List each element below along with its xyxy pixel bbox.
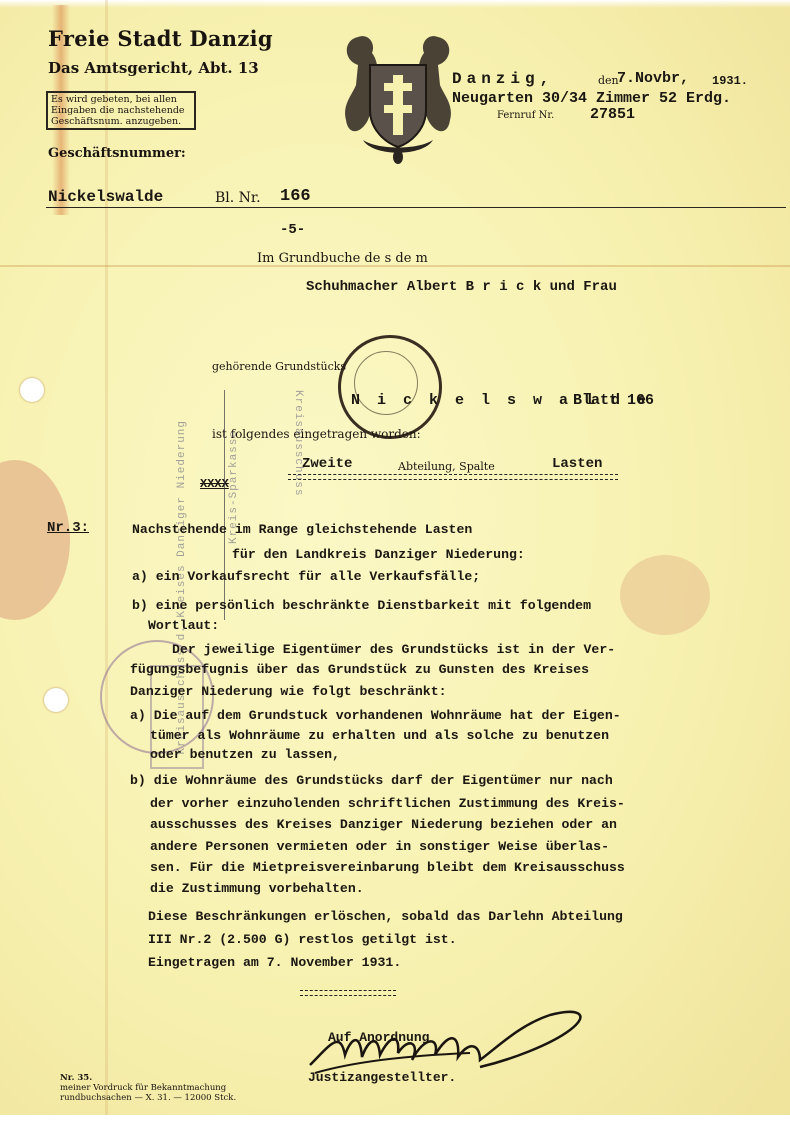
header-date: 7.Novbr, [617, 70, 689, 87]
case-place: Nickelswalde [48, 188, 163, 206]
item-line: Wortlaut: [148, 619, 219, 632]
item-line: Nachstehende im Range gleichstehende Las… [132, 523, 472, 536]
case-sheet-label: Bl. Nr. [215, 190, 261, 206]
belonging-label: gehörende Grundstücks [212, 360, 346, 373]
form-footer-line: rundbuchsachen — X. 31. — 12000 Stck. [60, 1093, 236, 1103]
item-line: III Nr.2 (2.500 G) restlos getilgt ist. [148, 933, 457, 946]
section-name: Zweite [302, 456, 352, 472]
item-line: b) eine persönlich beschränkte Dienstbar… [132, 599, 591, 612]
form-number: Nr. 35. [60, 1073, 236, 1083]
item-number: Nr.3: [47, 520, 89, 536]
phone-label: Fernruf Nr. [497, 110, 554, 121]
item-line: der vorher einzuholenden schriftlichen Z… [150, 797, 625, 810]
owner-name: Schuhmacher Albert B r i c k und Frau [306, 279, 617, 295]
form-footer-line: meiner Vordruck für Bekanntmachung [60, 1083, 236, 1093]
item-line: Diese Beschränkungen erlöschen, sobald d… [148, 910, 623, 923]
case-underline [46, 207, 786, 208]
punch-hole-icon [44, 688, 68, 712]
notice-box: Es wird gebeten, bei allen Eingaben die … [46, 91, 196, 130]
separator-line [300, 990, 396, 996]
punch-hole-icon [20, 378, 44, 402]
header-city: Danzig, [452, 70, 554, 88]
case-number-label: Geschäftsnummer: [48, 146, 186, 161]
court-name: Das Amtsgericht, Abt. 13 [48, 59, 259, 77]
header-date-prefix: den [598, 74, 619, 87]
item-line: ausschusses des Kreises Danziger Niederu… [150, 818, 617, 831]
double-underline [288, 474, 618, 480]
item-line: für den Landkreis Danziger Niederung: [232, 548, 525, 561]
phone-number: 27851 [590, 106, 635, 123]
item-line: a) Die auf dem Grundstuck vorhandenen Wo… [130, 709, 621, 722]
section-label: Abteilung, Spalte [398, 460, 495, 473]
item-line: die Zustimmung vorbehalten. [150, 882, 364, 895]
property-sheet: Blatt 166 [573, 392, 654, 409]
register-intro: Im Grundbuche de s de m [257, 251, 428, 266]
paper-edge [0, 0, 790, 8]
item-line: oder benutzen zu lassen, [150, 748, 340, 761]
form-footer: Nr. 35. meiner Vordruck für Bekanntmachu… [60, 1073, 236, 1103]
stain-right [620, 555, 710, 635]
case-sheet-number: 166 [280, 187, 311, 206]
document-page: Freie Stadt Danzig Das Amtsgericht, Abt.… [0, 0, 790, 1136]
item-line: Der jeweilige Eigentümer des Grundstücks… [172, 643, 615, 656]
item-line: Eingetragen am 7. November 1931. [148, 956, 401, 969]
item-line: fügungsbefugnis über das Grundstück zu G… [130, 663, 589, 676]
item-line: b) die Wohnräume des Grundstücks darf de… [130, 774, 613, 787]
stamp-vertical-line [224, 390, 225, 620]
header-address: Neugarten 30/34 Zimmer 52 Erdg. [452, 90, 731, 107]
column-name: Lasten [552, 456, 602, 472]
vertical-fold-line [105, 0, 108, 1120]
item-line: sen. Für die Mietpreisvereinbarung bleib… [150, 861, 625, 874]
item-line: andere Personen vermieten oder in sonsti… [150, 840, 609, 853]
header-year: 1931. [712, 74, 748, 88]
authority-title: Freie Stadt Danzig [48, 26, 273, 51]
item-line: tümer als Wohnräume zu erhalten und als … [150, 729, 609, 742]
danzig-coat-of-arms-icon [338, 25, 458, 165]
page-bottom-edge [0, 1115, 790, 1136]
signature-title: Justizangestellter. [308, 1070, 456, 1085]
page-marker: -5- [280, 222, 305, 238]
item-line: Danziger Niederung wie folgt beschränkt: [130, 685, 447, 698]
item-line: a) ein Vorkaufsrecht für alle Verkaufsfä… [132, 570, 480, 583]
entered-label: ist folgendes eingetragen worden: [212, 427, 421, 441]
stain-left [0, 460, 70, 620]
vertical-stamp-3: Kreisausschuss [292, 390, 304, 496]
